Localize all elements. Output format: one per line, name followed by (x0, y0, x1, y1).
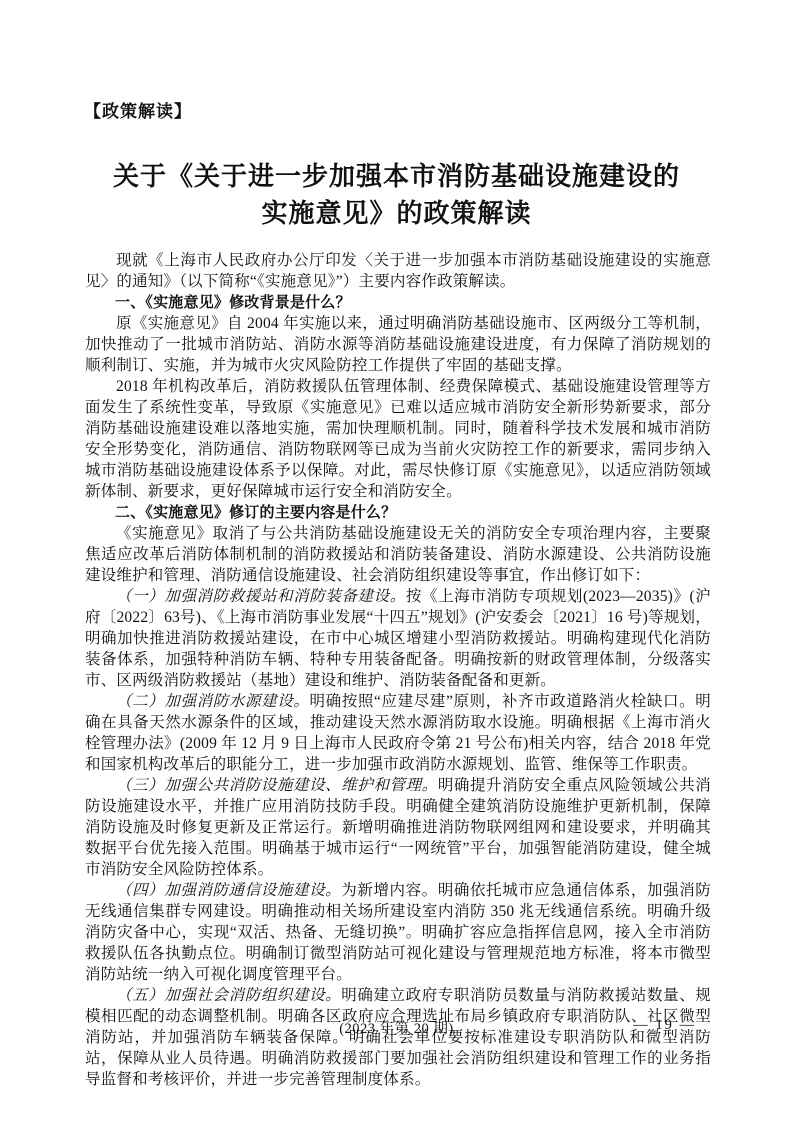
page-number: — 19 — (633, 1017, 696, 1034)
document-page: 【政策解读】 关于《关于进一步加强本市消防基础设施建设的 实施意见》的政策解读 … (0, 0, 793, 1122)
list-item-1-lead: （一）加强消防救援站和消防装备建设。 (116, 588, 406, 605)
page-title-line-1: 关于《关于进一步加强本市消防基础设施建设的 (0, 158, 793, 195)
intro-paragraph: 现就《上海市人民政府办公厅印发〈关于进一步加强本市消防基础设施建设的实施意见〉的… (85, 250, 711, 292)
list-item-4: （四）加强消防通信设施建设。为新增内容。明确依托城市应急通信体系，加强消防无线通… (85, 880, 711, 985)
column-tag: 【政策解读】 (84, 97, 192, 122)
section-1-heading: 一、《实施意见》修改背景是什么？ (85, 292, 711, 313)
section-1-paragraph-1: 原《实施意见》自 2004 年实施以来，通过明确消防基础设施市、区两级分工等机制… (85, 313, 711, 376)
list-item-3: （三）加强公共消防设施建设、维护和管理。明确提升消防安全重点风险领域公共消防设施… (85, 775, 711, 880)
section-1-paragraph-2: 2018 年机构改革后，消防救援队伍管理体制、经费保障模式、基础设施建设管理等方… (85, 376, 711, 502)
list-item-3-lead: （三）加强公共消防设施建设、维护和管理。 (116, 777, 438, 794)
list-item-2: （二）加强消防水源建设。明确按照“应建尽建”原则，补齐市政道路消火栓缺口。明确在… (85, 691, 711, 775)
section-2-heading: 二、《实施意见》修订的主要内容是什么？ (85, 502, 711, 523)
list-item-1: （一）加强消防救援站和消防装备建设。按《上海市消防专项规划(2023—2035)… (85, 586, 711, 691)
list-item-5-lead: （五）加强社会消防组织建设。 (116, 987, 341, 1004)
article-body: 现就《上海市人民政府办公厅印发〈关于进一步加强本市消防基础设施建设的实施意见〉的… (85, 250, 711, 1090)
page-footer: (2023 年第 20 期) — 19 — (0, 1017, 793, 1039)
list-item-4-lead: （四）加强消防通信设施建设。 (116, 882, 341, 899)
section-2-paragraph-1: 《实施意见》取消了与公共消防基础设施建设无关的消防安全专项治理内容，主要聚焦适应… (85, 523, 711, 586)
page-title: 关于《关于进一步加强本市消防基础设施建设的 实施意见》的政策解读 (0, 158, 793, 232)
list-item-2-lead: （二）加强消防水源建设。 (116, 693, 309, 710)
page-title-line-2: 实施意见》的政策解读 (0, 195, 793, 232)
